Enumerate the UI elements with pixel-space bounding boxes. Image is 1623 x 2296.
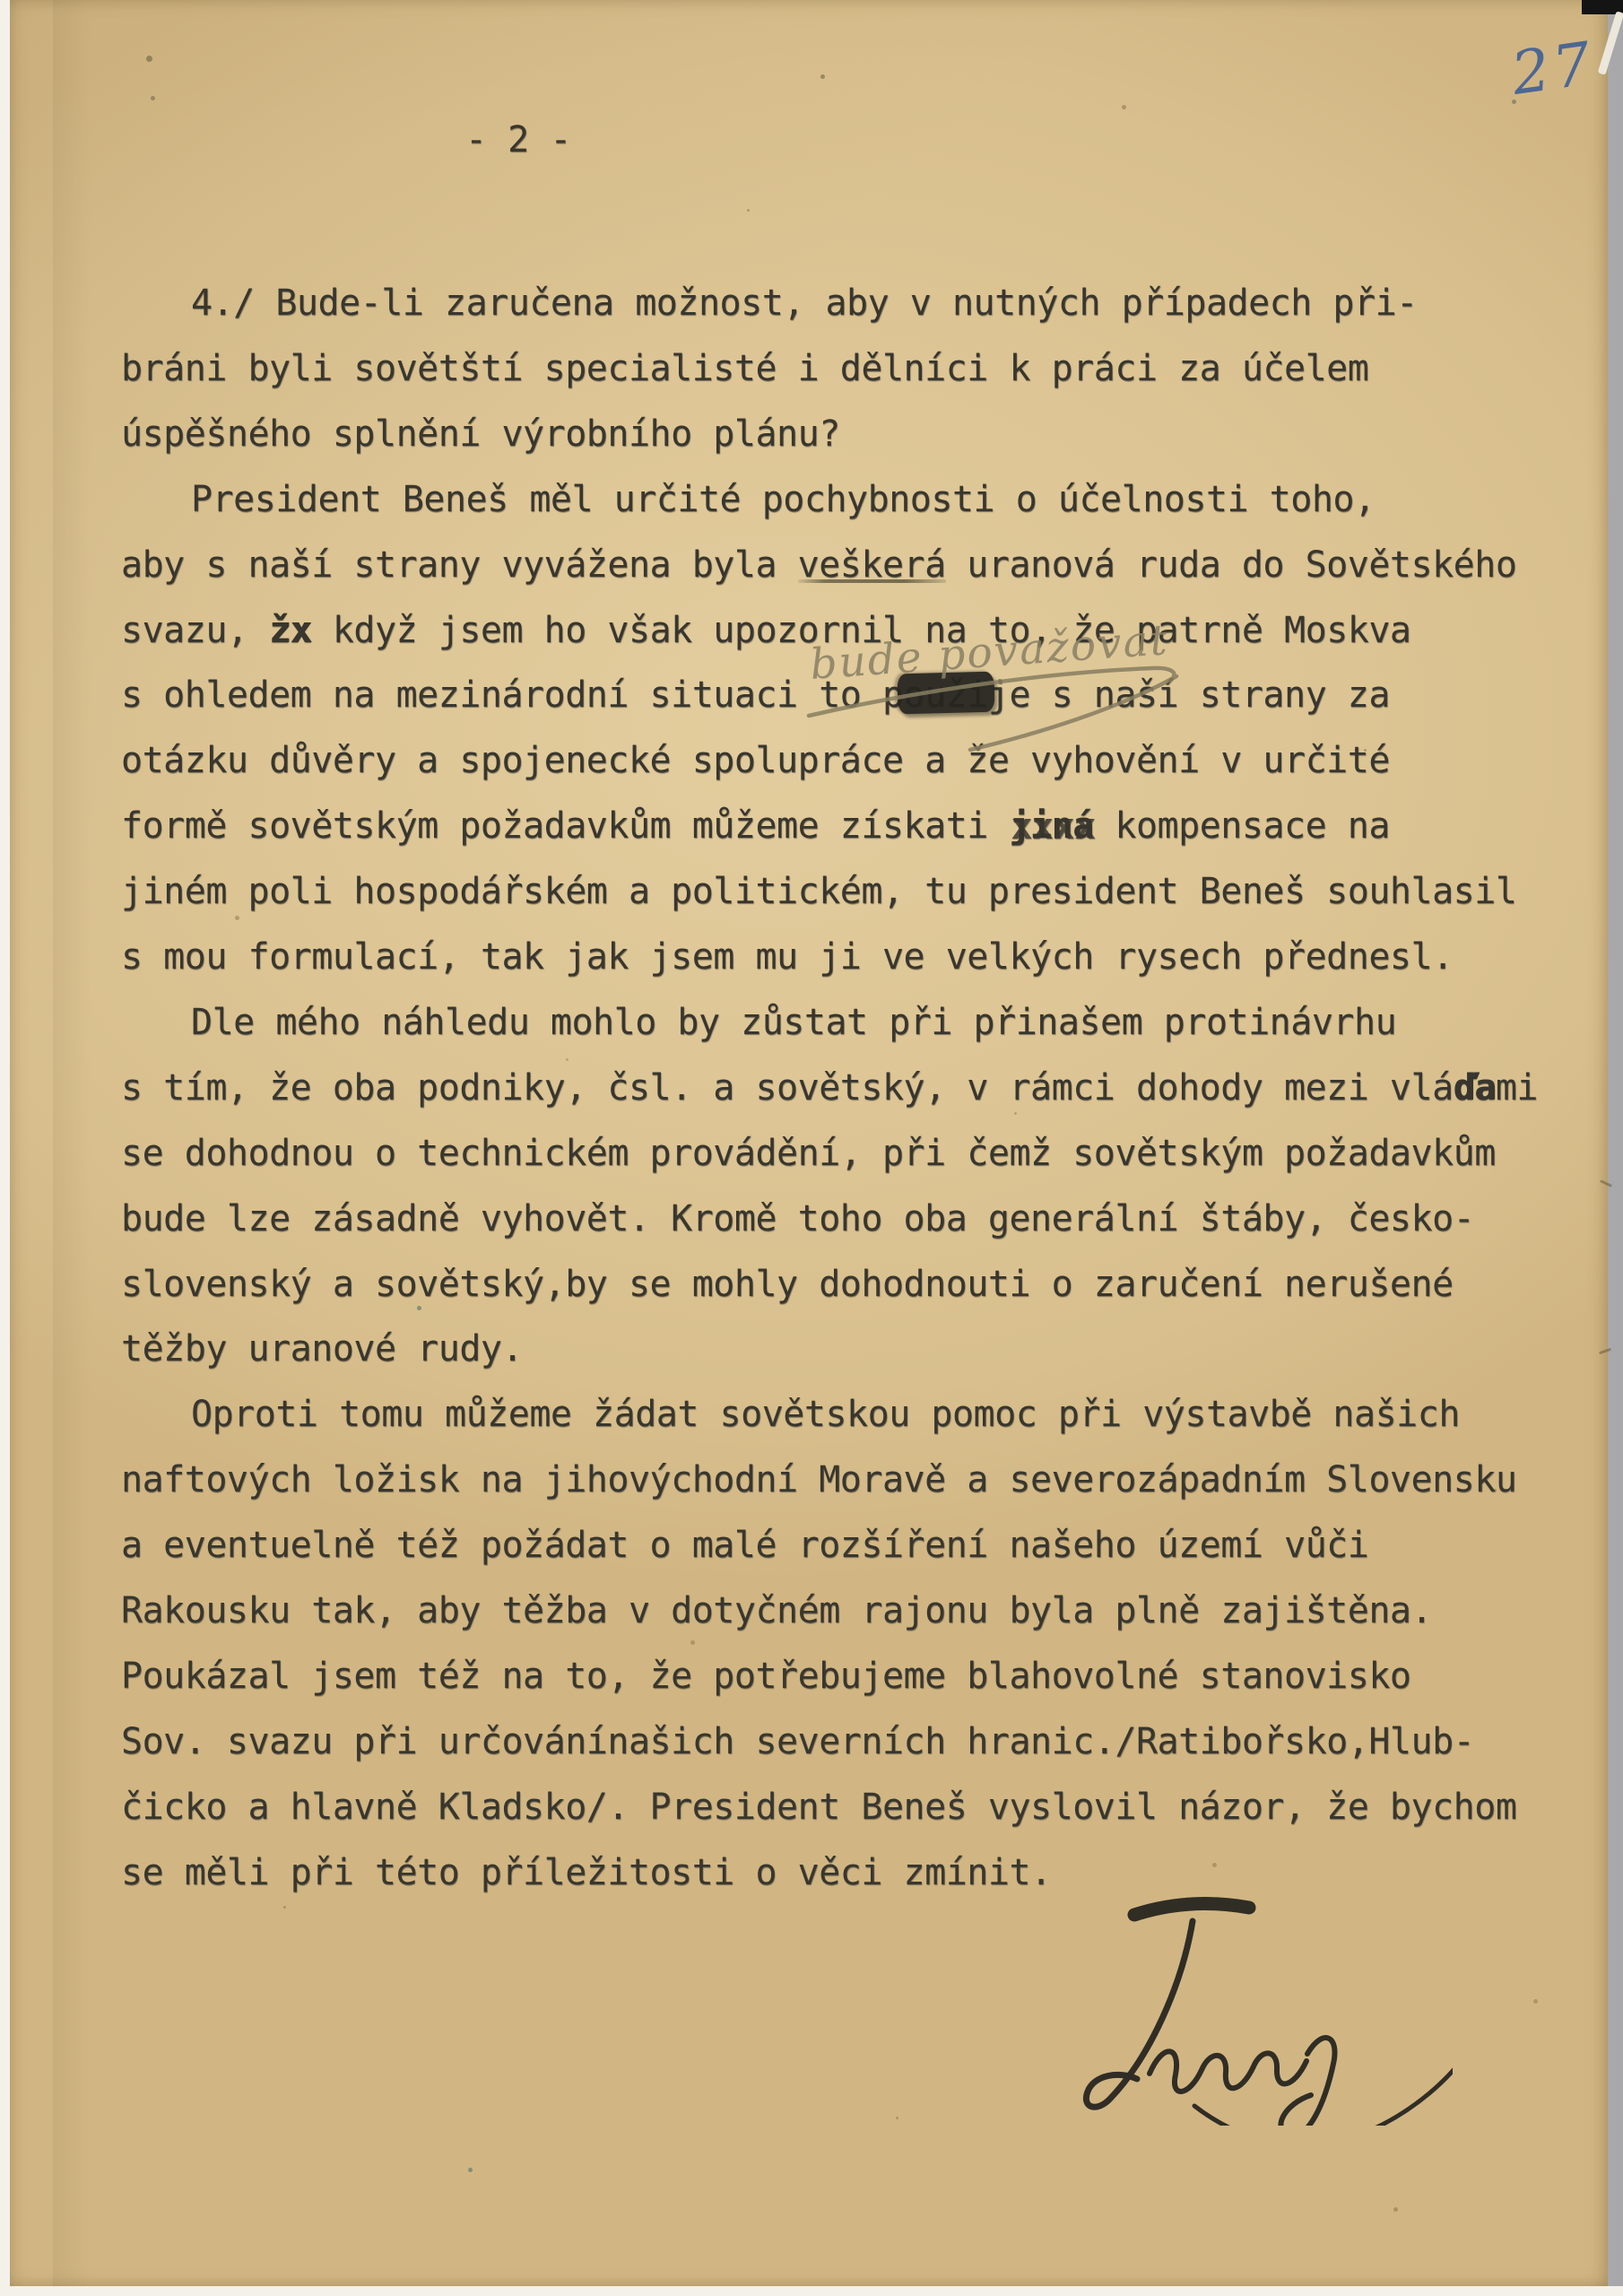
typed-line: jiném poli hospodářském a politickém, tu… bbox=[121, 874, 1516, 909]
typed-segment: aby s naší strany vyvážena byla bbox=[121, 544, 798, 586]
typed-segment: mi bbox=[1496, 1067, 1538, 1109]
typed-line: Sov. svazu při určovánínašich severních … bbox=[121, 1724, 1474, 1760]
typed-segment: slovenský a sovětský,by se mohly dohodno… bbox=[121, 1264, 1454, 1305]
typed-line: Poukázal jsem též na to, že potřebujeme … bbox=[121, 1658, 1411, 1694]
typed-segment: Poukázal jsem též na to, že potřebujeme … bbox=[121, 1656, 1411, 1697]
scanned-document: - 2 - 27 4./ Bude-li zaručena možnost, a… bbox=[0, 0, 1623, 2296]
typed-segment: těžby uranové rudy. bbox=[121, 1328, 523, 1370]
typed-segment: bude lze zásadně vyhovět. Kromě toho oba… bbox=[121, 1198, 1474, 1239]
typed-segment: naftových ložisk na jihovýchodní Moravě … bbox=[121, 1459, 1516, 1500]
typed-segment-overtype: ďa bbox=[1454, 1067, 1496, 1109]
typed-line: naftových ložisk na jihovýchodní Moravě … bbox=[121, 1462, 1516, 1498]
typed-line: s mou formulací, tak jak jsem mu ji ve v… bbox=[121, 939, 1454, 975]
typed-segment: bráni byli sovětští specialisté i dělníc… bbox=[121, 348, 1368, 389]
typed-segment: Sov. svazu při určovánínašich severních … bbox=[121, 1721, 1474, 1762]
scanner-edge-right bbox=[1608, 0, 1623, 2296]
typed-segment: s naší strany za bbox=[1030, 674, 1390, 716]
typed-segment: čicko a hlavně Kladsko/. President Beneš… bbox=[121, 1787, 1516, 1828]
typed-segment: uranová ruda do Sovětského bbox=[946, 544, 1517, 586]
typed-line: 4./ Bude-li zaručena možnost, aby v nutn… bbox=[191, 285, 1418, 321]
typed-line: formě sovětským požadavkům můžeme získat… bbox=[121, 808, 1390, 844]
typed-segment: s mou formulací, tak jak jsem mu ji ve v… bbox=[121, 936, 1454, 978]
typed-segment: Rakousku tak, aby těžba v dotyčném rajon… bbox=[121, 1590, 1432, 1631]
typed-line: aby s naší strany vyvážena byla veškerá … bbox=[121, 547, 1516, 583]
typed-segment: kompensace na bbox=[1094, 805, 1390, 847]
typed-segment-x-overstrike: jiná bbox=[1009, 808, 1093, 844]
typed-line: bráni byli sovětští specialisté i dělníc… bbox=[121, 351, 1368, 387]
typed-line: Oproti tomu můžeme žádat sovětskou pomoc… bbox=[191, 1396, 1460, 1432]
typed-segment: 4./ Bude-li zaručena možnost, aby v nutn… bbox=[191, 283, 1418, 324]
typed-line: otázku důvěry a spojenecké spolupráce a … bbox=[121, 743, 1390, 778]
paper-grain bbox=[10, 0, 13, 3]
typed-line: se dohodnou o technickém provádění, při … bbox=[121, 1135, 1496, 1171]
typed-segment: se dohodnou o technickém provádění, při … bbox=[121, 1133, 1496, 1174]
typed-line: čicko a hlavně Kladsko/. President Beneš… bbox=[121, 1789, 1516, 1825]
typed-line: svazu, žx když jsem ho však upozornil na… bbox=[121, 613, 1411, 648]
page-number: - 2 - bbox=[465, 119, 571, 161]
typed-line: s tím, že oba podniky, čsl. a sovětský, … bbox=[121, 1070, 1538, 1106]
typed-segment: s tím, že oba podniky, čsl. a sovětský, … bbox=[121, 1067, 1454, 1109]
typed-segment: úspěšného splnění výrobního plánu? bbox=[121, 413, 840, 455]
typed-segment: s ohledem na mezinárodní situaci to bbox=[121, 674, 882, 716]
typed-segment: President Beneš měl určité pochybnosti o… bbox=[191, 479, 1376, 520]
typed-segment-pencil-underline: veškerá bbox=[798, 544, 946, 586]
paper-streak bbox=[53, 0, 91, 2286]
paper-edge-bottom bbox=[0, 2286, 1623, 2296]
typed-segment: otázku důvěry a spojenecké spolupráce a … bbox=[121, 740, 1390, 781]
typed-segment: Dle mého náhledu mohlo by zůstat při při… bbox=[191, 1002, 1396, 1043]
typed-segment-overtype: žx bbox=[269, 610, 311, 651]
typed-segment: formě sovětským požadavkům můžeme získat… bbox=[121, 805, 1009, 847]
typed-line: těžby uranové rudy. bbox=[121, 1331, 523, 1367]
corner-page-number: 27 bbox=[1507, 29, 1599, 109]
typed-line: bude lze zásadně vyhovět. Kromě toho oba… bbox=[121, 1201, 1474, 1237]
typed-line: slovenský a sovětský,by se mohly dohodno… bbox=[121, 1266, 1454, 1302]
typed-line: President Beneš měl určité pochybnosti o… bbox=[191, 482, 1376, 517]
typed-segment: jiném poli hospodářském a politickém, tu… bbox=[121, 871, 1516, 912]
typed-segment: svazu, bbox=[121, 610, 269, 651]
typed-segment: Oproti tomu můžeme žádat sovětskou pomoc… bbox=[191, 1394, 1460, 1435]
typed-line: Rakousku tak, aby těžba v dotyčném rajon… bbox=[121, 1593, 1432, 1629]
paper-edge-left bbox=[0, 0, 10, 2296]
typed-line: a eventuelně též požádat o malé rozšířen… bbox=[121, 1527, 1368, 1563]
typed-line: Dle mého náhledu mohlo by zůstat při při… bbox=[191, 1004, 1396, 1040]
typed-segment: a eventuelně též požádat o malé rozšířen… bbox=[121, 1525, 1368, 1566]
typed-line: s ohledem na mezinárodní situaci to použ… bbox=[121, 677, 1390, 713]
typed-segment: se měli při této příležitosti o věci zmí… bbox=[121, 1852, 1052, 1893]
typed-line: úspěšného splnění výrobního plánu? bbox=[121, 416, 840, 452]
typed-line: se měli při této příležitosti o věci zmí… bbox=[121, 1855, 1052, 1891]
